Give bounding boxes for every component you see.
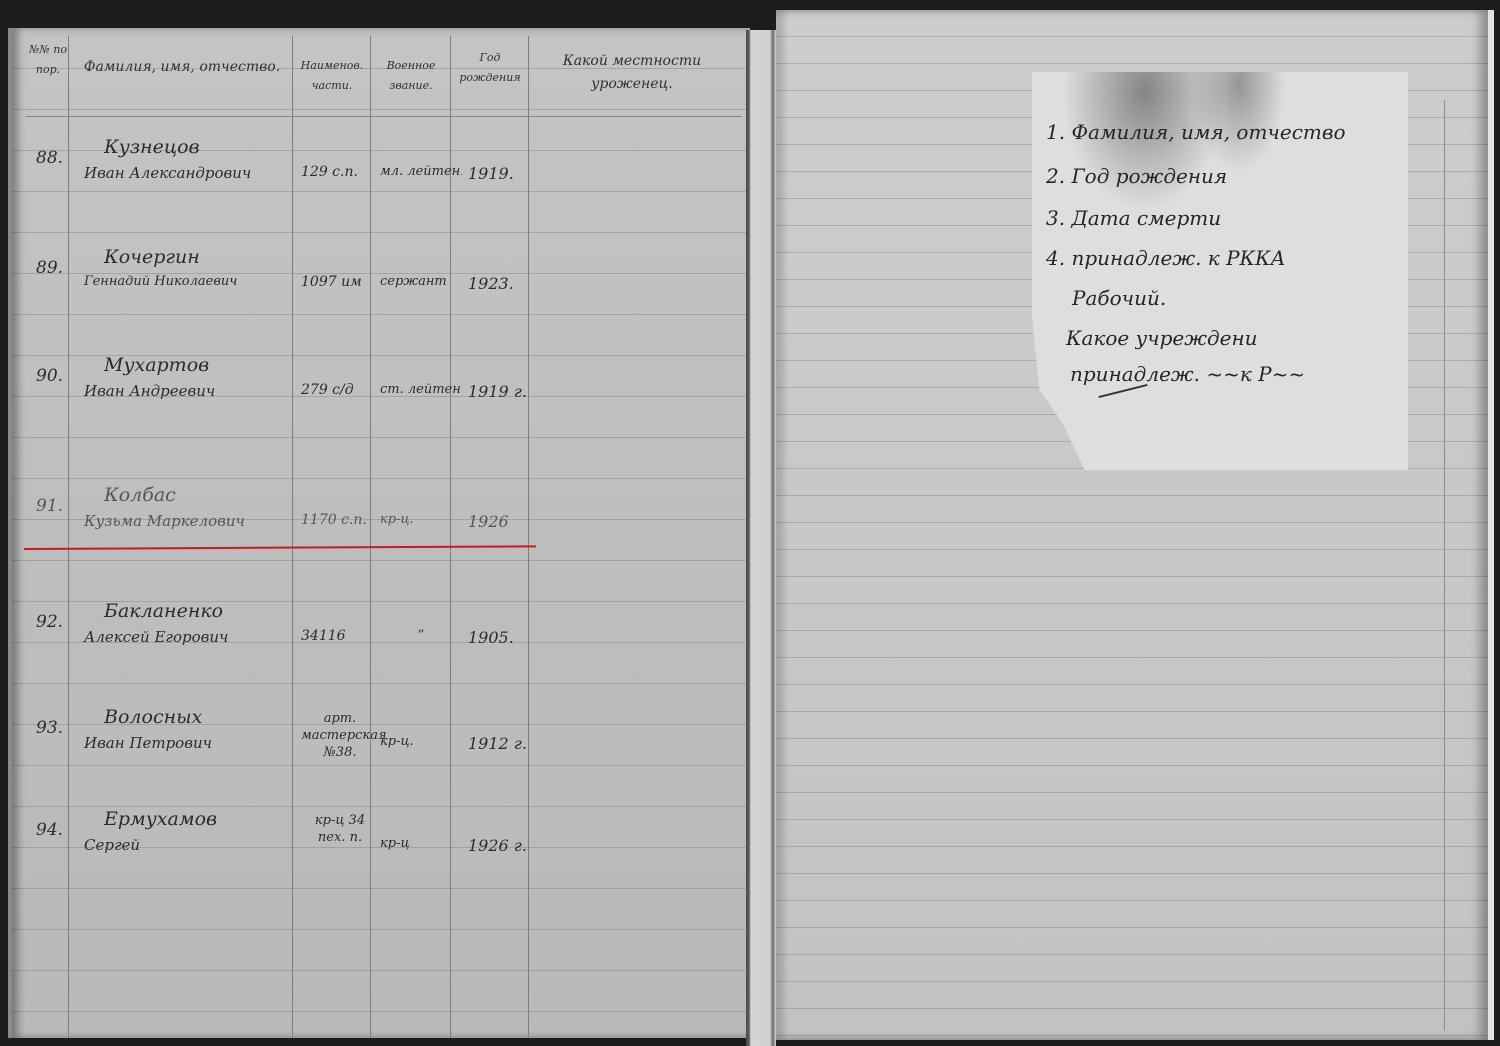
column-divider	[370, 36, 371, 1038]
column-divider	[292, 36, 293, 1038]
header-number: №№ по пор.	[28, 40, 68, 80]
row-birth-year: 1919.	[468, 164, 514, 183]
row-number: 93.	[36, 718, 63, 738]
row-rank: кр-ц	[380, 836, 462, 851]
row-rank: ”	[380, 628, 462, 643]
row-given-name: Алексей Егорович	[84, 628, 228, 646]
arrow-mark	[1099, 384, 1148, 398]
column-divider	[68, 36, 69, 1038]
row-rank: сержант	[380, 274, 462, 289]
row-number: 89.	[36, 258, 63, 278]
note-line: 1. Фамилия, имя, отчество	[1046, 120, 1346, 144]
row-surname: Бакланенко	[104, 600, 223, 622]
row-given-name: Иван Андреевич	[84, 382, 215, 400]
row-birth-year: 1912 г.	[468, 734, 527, 753]
row-given-name: Кузьма Маркелович	[84, 512, 245, 530]
margin-rule	[1444, 100, 1445, 1030]
book-binding	[746, 30, 776, 1046]
row-number: 91.	[36, 496, 63, 516]
note-line: 4. принадлеж. к РККА	[1046, 246, 1286, 270]
row-surname: Ермухамов	[104, 808, 217, 830]
note-line: Рабочий.	[1072, 286, 1166, 310]
row-surname: Мухартов	[104, 354, 209, 376]
row-rank: кр-ц.	[380, 512, 462, 527]
row-unit: 129 с.п.	[301, 164, 379, 180]
row-unit: 279 с/д	[301, 382, 379, 398]
row-unit: арт. мастерская №38.	[301, 710, 379, 761]
row-number: 92.	[36, 612, 63, 632]
row-surname: Волосных	[104, 706, 202, 728]
left-page: №№ по пор. Фамилия, имя, отчество. Наиме…	[8, 28, 750, 1038]
note-line: 3. Дата смерти	[1046, 206, 1221, 230]
header-birthplace: Какой местности уроженец.	[532, 50, 732, 96]
note-line: 2. Год рождения	[1046, 164, 1227, 188]
row-surname: Кузнецов	[104, 136, 200, 158]
row-given-name: Геннадий Николаевич	[84, 274, 237, 289]
row-given-name: Иван Петрович	[84, 734, 212, 752]
row-birth-year: 1926 г.	[468, 836, 527, 855]
row-number: 88.	[36, 148, 63, 168]
row-unit: 1170 с.п.	[301, 512, 379, 528]
row-birth-year: 1905.	[468, 628, 514, 647]
note-line: принадлеж. ~~к Р~~	[1070, 362, 1305, 386]
row-rank: ст. лейтен.	[380, 382, 462, 397]
column-divider	[528, 36, 529, 1038]
row-number: 94.	[36, 820, 63, 840]
header-unit: Наименов. части.	[294, 56, 370, 96]
header-birth-year: Год рождения	[452, 48, 528, 88]
header-rule	[26, 116, 742, 117]
row-birth-year: 1919 г.	[468, 382, 527, 401]
header-rank: Военное звание.	[372, 56, 450, 96]
row-given-name: Иван Александрович	[84, 164, 251, 182]
row-rank: мл. лейтен.	[380, 164, 462, 179]
row-surname: Кочергин	[104, 246, 200, 268]
row-rank: кр-ц.	[380, 734, 462, 749]
column-divider	[450, 36, 451, 1038]
row-birth-year: 1926	[468, 512, 509, 531]
pasted-note: 1. Фамилия, имя, отчество 2. Год рождени…	[1032, 72, 1408, 470]
row-unit: 1097 им	[301, 274, 379, 290]
row-number: 90.	[36, 366, 63, 386]
row-given-name: Сергей	[84, 836, 140, 854]
note-line: Какое учреждени	[1066, 326, 1258, 350]
row-unit: 34116	[301, 628, 379, 644]
header-full-name: Фамилия, имя, отчество.	[82, 56, 282, 79]
row-unit: кр-ц 34 пех. п.	[301, 812, 379, 846]
row-birth-year: 1923.	[468, 274, 514, 293]
row-surname: Колбас	[104, 484, 176, 506]
